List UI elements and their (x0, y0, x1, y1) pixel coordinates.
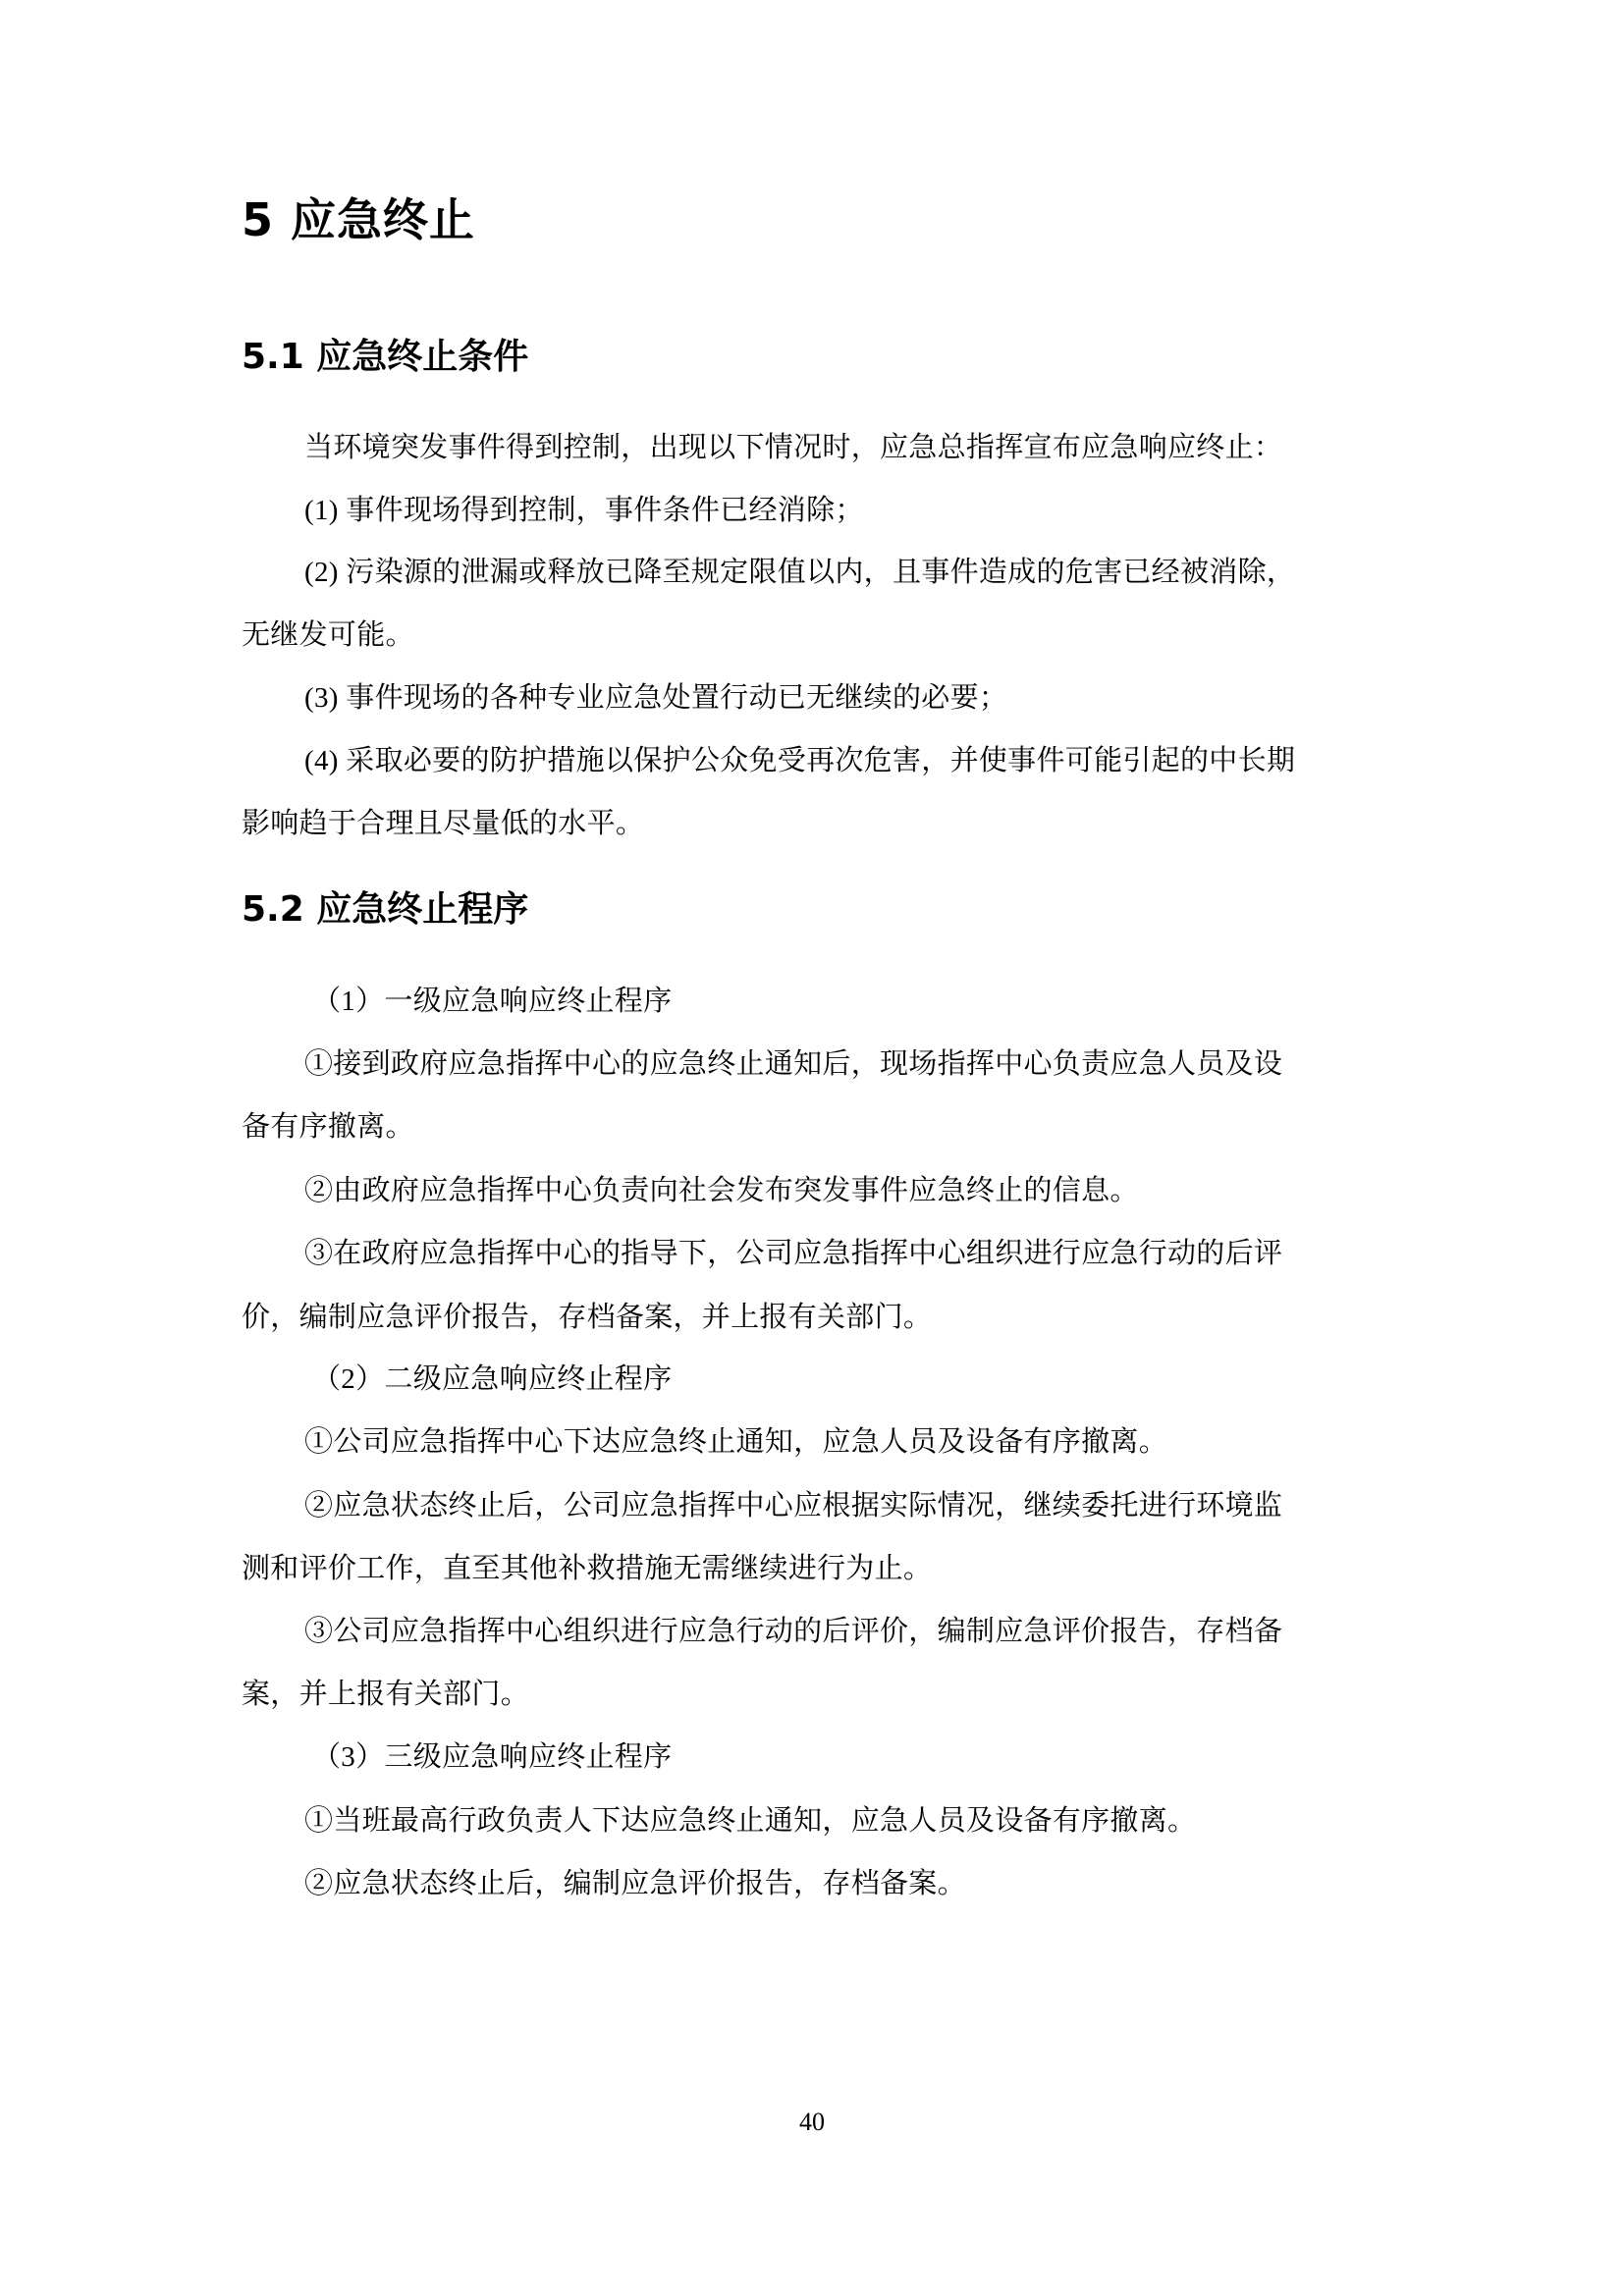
condition-item-4: (4) 采取必要的防护措施以保护公众免受再次危害，并使事件可能引起的中长期 (304, 741, 1492, 780)
section-5-1-title: 5.1 应急终止条件 (242, 336, 528, 379)
procedure-1-step-1-cont: 备有序撤离。 (242, 1107, 1430, 1147)
procedure-1-step-3: ③在政府应急指挥中心的指导下，公司应急指挥中心组织进行应急行动的后评 (304, 1234, 1492, 1273)
procedure-3-step-1: ①当班最高行政负责人下达应急终止通知，应急人员及设备有序撤离。 (304, 1801, 1492, 1841)
procedure-1-step-1: ①接到政府应急指挥中心的应急终止通知后，现场指挥中心负责应急人员及设 (304, 1044, 1492, 1084)
procedure-heading-level-1: （1）一级应急响应终止程序 (312, 982, 1500, 1021)
condition-item-2-cont: 无继发可能。 (242, 615, 1430, 655)
procedure-1-step-2: ②由政府应急指挥中心负责向社会发布突发事件应急终止的信息。 (304, 1171, 1492, 1210)
condition-item-4-cont: 影响趋于合理且尽量低的水平。 (242, 804, 1430, 843)
procedure-heading-level-2: （2）二级应急响应终止程序 (312, 1360, 1500, 1399)
condition-item-2: (2) 污染源的泄漏或释放已降至规定限值以内，且事件造成的危害已经被消除， (304, 553, 1492, 592)
procedure-2-step-3-cont: 案，并上报有关部门。 (242, 1675, 1430, 1714)
chapter-title: 5 应急终止 (242, 192, 475, 247)
condition-item-3: (3) 事件现场的各种专业应急处置行动已无继续的必要； (304, 678, 1492, 718)
condition-item-1: (1) 事件现场得到控制，事件条件已经消除； (304, 491, 1492, 530)
section-5-1-intro: 当环境突发事件得到控制，出现以下情况时，应急总指挥宣布应急响应终止： (304, 428, 1492, 467)
section-5-2-title: 5.2 应急终止程序 (242, 888, 528, 932)
procedure-1-step-3-cont: 价，编制应急评价报告，存档备案，并上报有关部门。 (242, 1298, 1430, 1337)
procedure-2-step-1: ①公司应急指挥中心下达应急终止通知，应急人员及设备有序撤离。 (304, 1422, 1492, 1462)
document-page: 5 应急终止 5.1 应急终止条件 当环境突发事件得到控制，出现以下情况时，应急… (0, 0, 1624, 2296)
procedure-2-step-2-cont: 测和评价工作，直至其他补救措施无需继续进行为止。 (242, 1549, 1430, 1588)
procedure-2-step-3: ③公司应急指挥中心组织进行应急行动的后评价，编制应急评价报告，存档备 (304, 1612, 1492, 1651)
procedure-heading-level-3: （3）三级应急响应终止程序 (312, 1737, 1500, 1777)
procedure-2-step-2: ②应急状态终止后，公司应急指挥中心应根据实际情况，继续委托进行环境监 (304, 1486, 1492, 1525)
procedure-3-step-2: ②应急状态终止后，编制应急评价报告，存档备案。 (304, 1864, 1492, 1903)
page-number: 40 (0, 2107, 1624, 2138)
